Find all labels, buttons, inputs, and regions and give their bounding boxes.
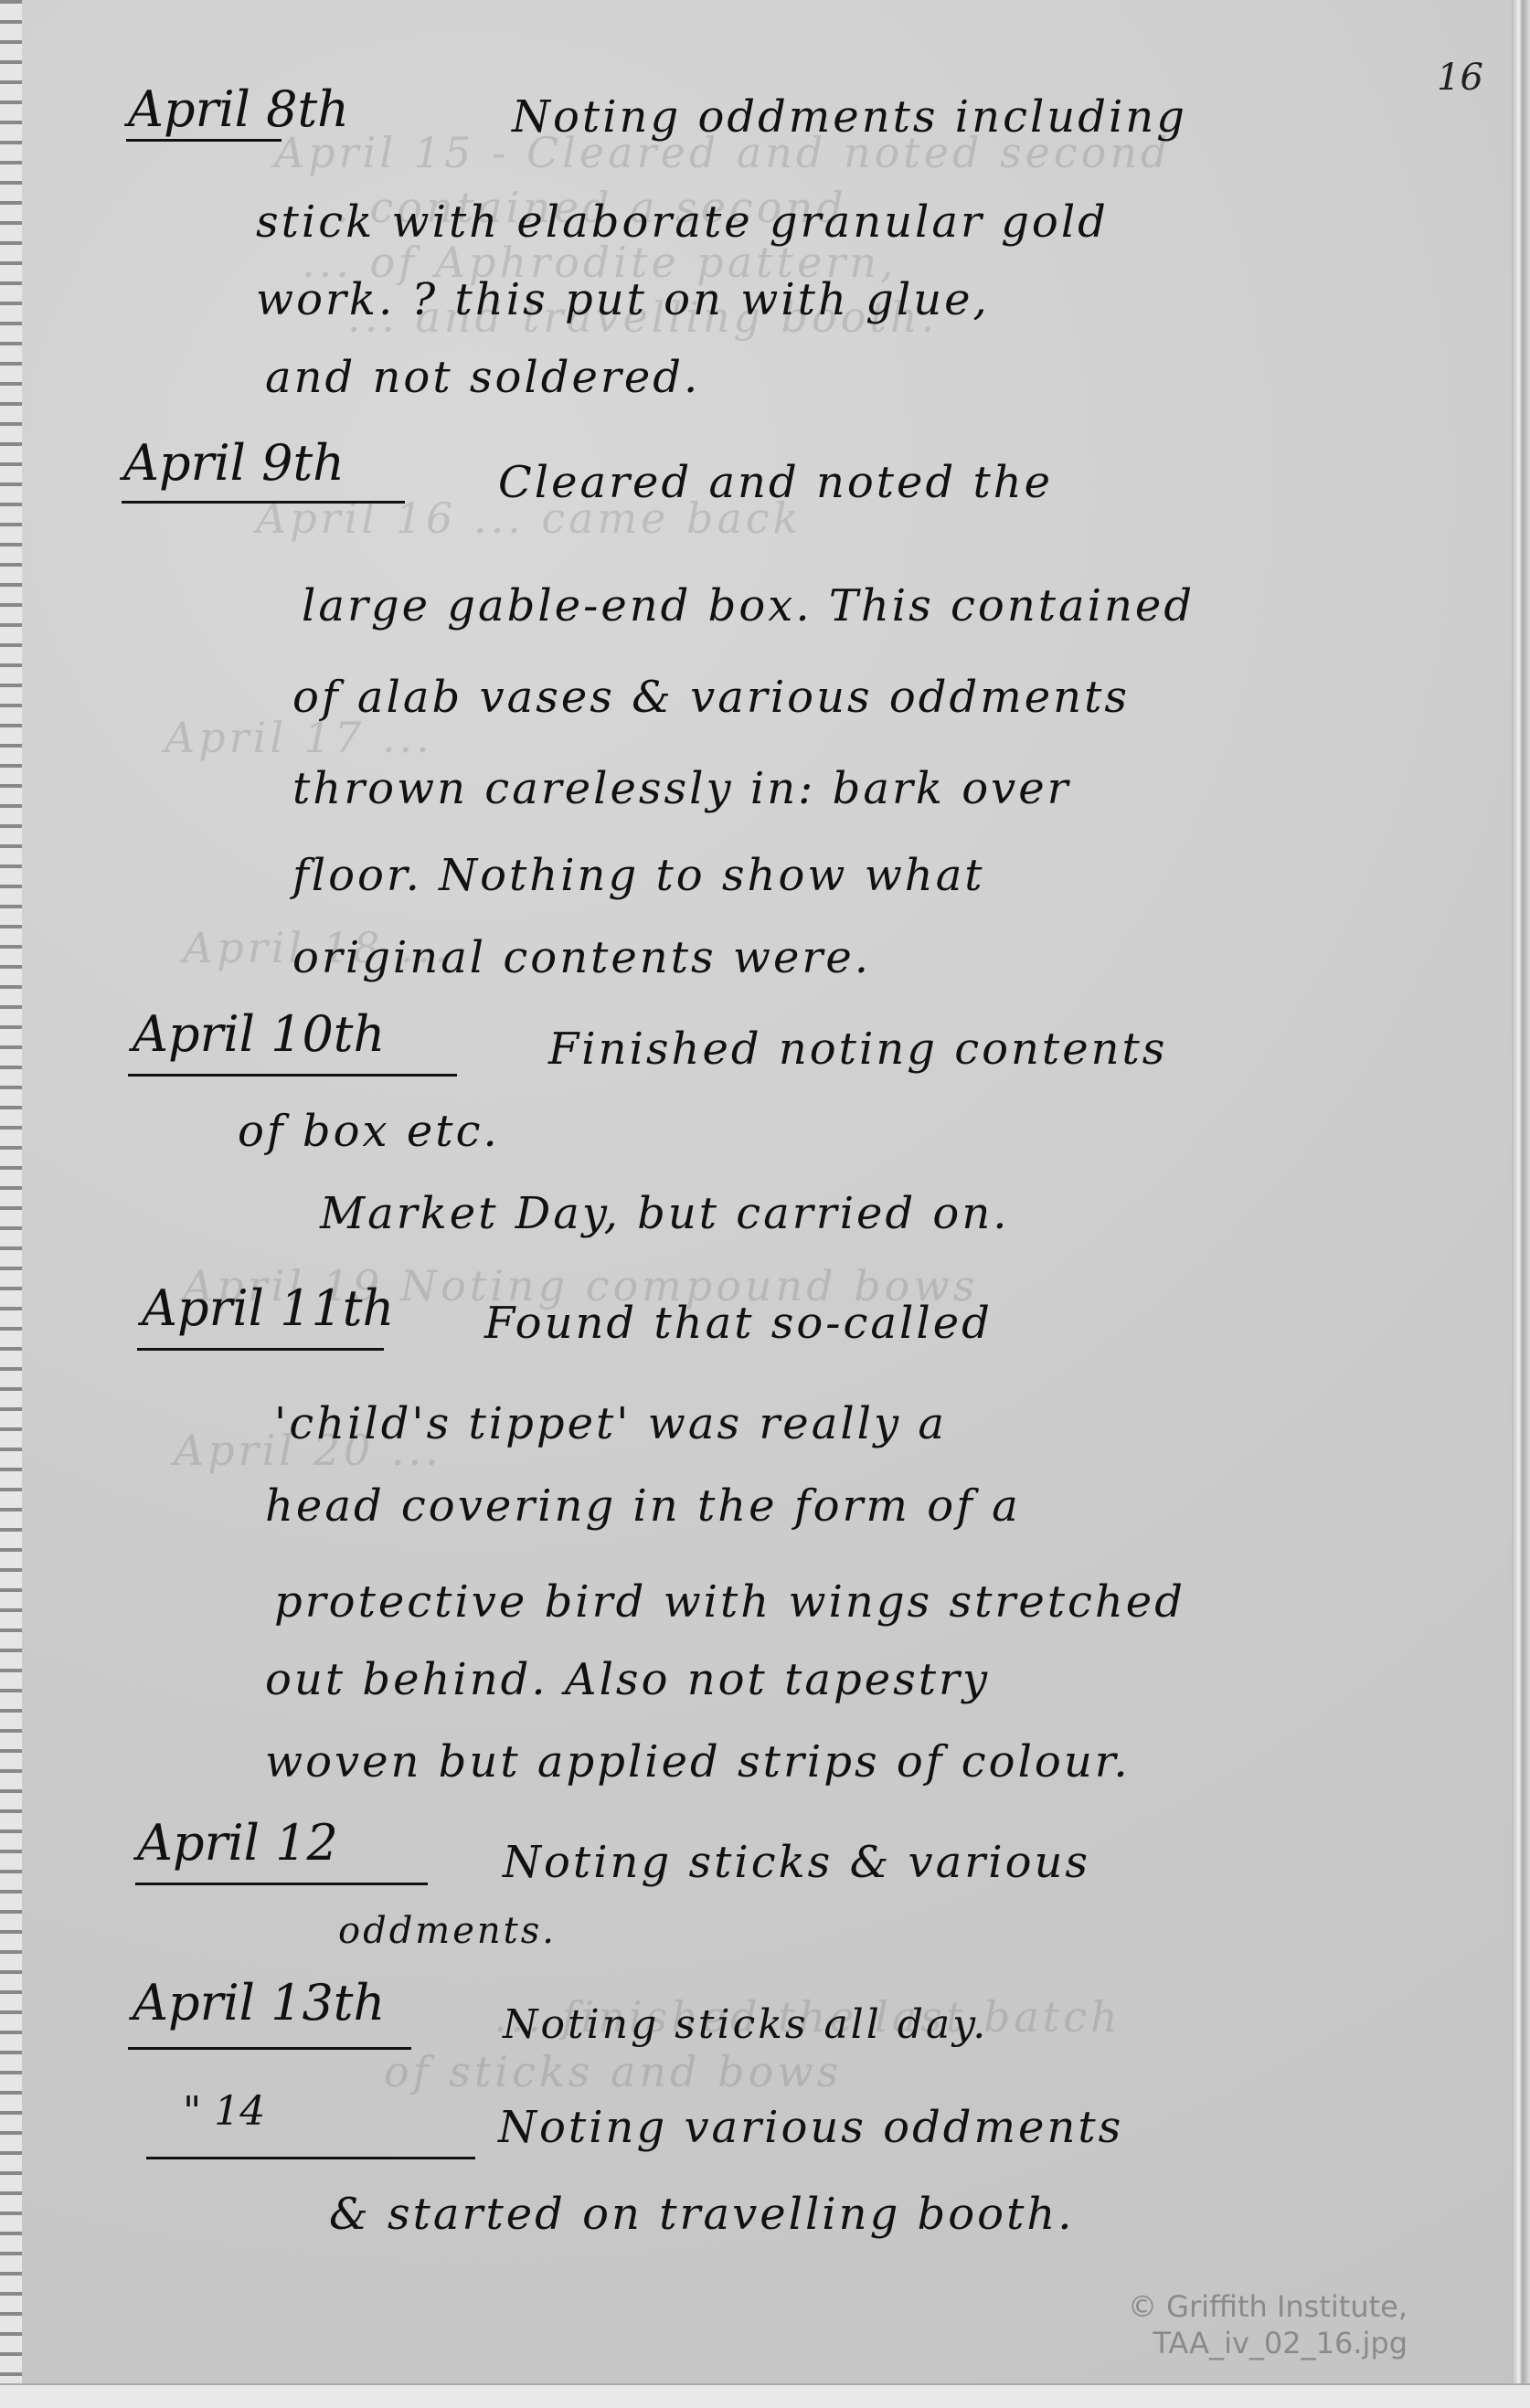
spiral-binding xyxy=(0,0,22,2408)
entry-line: work. ? this put on with glue, xyxy=(256,274,990,325)
date-underline xyxy=(122,501,405,504)
entry-line: Finished noting contents xyxy=(548,1024,1167,1075)
entry-date: April 13th xyxy=(133,1974,385,2031)
entry-line: oddments. xyxy=(338,1910,557,1952)
watermark-filename: TAA_iv_02_16.jpg xyxy=(1128,2325,1408,2361)
copyright-watermark: © Griffith Institute, TAA_iv_02_16.jpg xyxy=(1128,2288,1408,2361)
date-underline xyxy=(126,139,282,142)
date-underline xyxy=(128,2047,411,2050)
entry-line: Noting various oddments xyxy=(498,2102,1123,2153)
entry-line: of box etc. xyxy=(238,1106,500,1157)
entry-date: April 9th xyxy=(123,434,345,492)
entry-date: April 8th xyxy=(128,80,349,138)
entry-line: Cleared and noted the xyxy=(498,457,1053,508)
entry-line: floor. Nothing to show what xyxy=(292,850,985,901)
entry-line: & started on travelling booth. xyxy=(329,2189,1075,2240)
entry-date: April 12 xyxy=(137,1814,338,1872)
entry-line: Noting oddments including xyxy=(512,91,1187,143)
entry-line: head covering in the form of a xyxy=(265,1480,1021,1532)
date-underline xyxy=(128,1074,457,1077)
entry-line: protective bird with wings stretched xyxy=(274,1576,1185,1628)
page-bottom-edge xyxy=(0,2383,1530,2408)
entry-line: original contents were. xyxy=(292,932,871,983)
page-edge xyxy=(1512,0,1530,2408)
entry-date: April 11th xyxy=(142,1279,394,1337)
entry-line: woven but applied strips of colour. xyxy=(265,1736,1131,1787)
entry-line: Market Day, but carried on. xyxy=(320,1188,1010,1239)
page-number: 16 xyxy=(1437,57,1483,99)
entry-line: Found that so-called xyxy=(484,1298,993,1349)
entry-line: thrown carelessly in: bark over xyxy=(292,763,1071,814)
entry-line: 'child's tippet' was really a xyxy=(274,1398,947,1449)
entry-line: Noting sticks all day. xyxy=(503,2001,988,2048)
entry-line: and not soldered. xyxy=(265,352,700,403)
entry-line: stick with elaborate granular gold xyxy=(256,196,1109,248)
entry-line: Noting sticks & various xyxy=(503,1837,1090,1888)
date-underline xyxy=(137,1348,384,1351)
entry-line: out behind. Also not tapestry xyxy=(265,1654,990,1705)
watermark-copyright: © Griffith Institute, xyxy=(1128,2288,1408,2325)
bleed-through-line: of sticks and bows xyxy=(384,2047,842,2096)
entry-date: April 10th xyxy=(133,1005,385,1063)
entry-date: " 14 xyxy=(183,2088,265,2135)
entry-line: of alab vases & various oddments xyxy=(292,672,1130,723)
date-underline xyxy=(146,2157,475,2159)
date-underline xyxy=(135,1883,428,1885)
entry-line: large gable-end box. This contained xyxy=(302,580,1195,631)
